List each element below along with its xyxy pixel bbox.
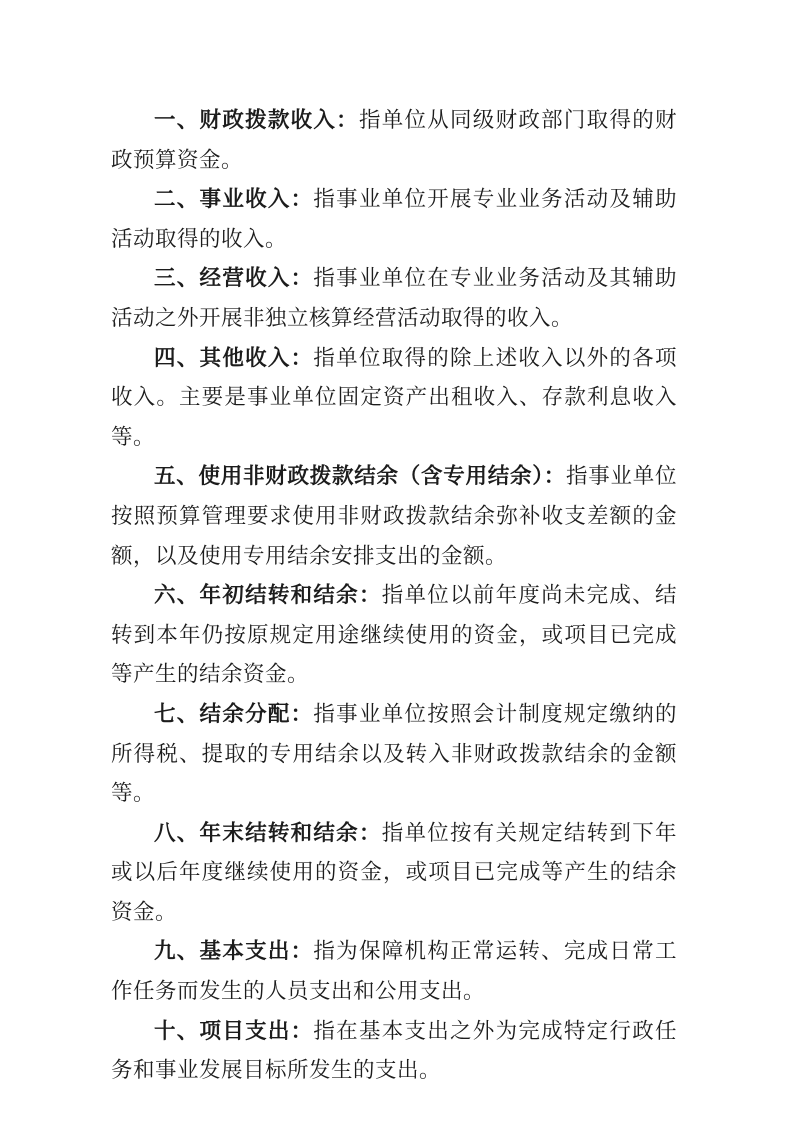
definition-paragraph-4: 四、其他收入：指单位取得的除上述收入以外的各项收入。主要是事业单位固定资产出租收… (111, 339, 677, 458)
definition-paragraph-8: 八、年末结转和结余：指单位按有关规定结转到下年或以后年度继续使用的资金，或项目已… (111, 814, 677, 933)
definition-paragraph-3: 三、经营收入：指事业单位在专业业务活动及其辅助活动之外开展非独立核算经营活动取得… (111, 259, 677, 338)
term-label: 二、事业收入： (154, 187, 313, 211)
term-label: 六、年初结转和结余： (154, 583, 382, 607)
definition-paragraph-2: 二、事业收入：指事业单位开展专业业务活动及辅助活动取得的收入。 (111, 180, 677, 259)
definition-paragraph-6: 六、年初结转和结余：指单位以前年度尚未完成、结转到本年仍按原规定用途继续使用的资… (111, 576, 677, 695)
term-label: 三、经营收入： (154, 266, 313, 290)
definition-paragraph-10: 十、项目支出：指在基本支出之外为完成特定行政任务和事业发展目标所发生的支出。 (111, 1012, 677, 1091)
term-label: 四、其他收入： (154, 346, 313, 370)
term-label: 五、使用非财政拨款结余（含专用结余）： (154, 464, 566, 488)
term-label: 九、基本支出： (154, 939, 313, 963)
term-label: 八、年末结转和结余： (154, 821, 382, 845)
term-label: 一、财政拨款收入： (154, 108, 359, 132)
term-label: 七、结余分配： (154, 702, 313, 726)
document-page: 一、财政拨款收入：指单位从同级财政部门取得的财政预算资金。 二、事业收入：指事业… (0, 0, 793, 1122)
term-label: 十、项目支出： (154, 1019, 313, 1043)
definition-paragraph-7: 七、结余分配：指事业单位按照会计制度规定缴纳的所得税、提取的专用结余以及转入非财… (111, 695, 677, 814)
definition-paragraph-5: 五、使用非财政拨款结余（含专用结余）：指事业单位按照预算管理要求使用非财政拨款结… (111, 457, 677, 576)
definition-paragraph-9: 九、基本支出：指为保障机构正常运转、完成日常工作任务而发生的人员支出和公用支出。 (111, 932, 677, 1011)
definition-paragraph-1: 一、财政拨款收入：指单位从同级财政部门取得的财政预算资金。 (111, 101, 677, 180)
